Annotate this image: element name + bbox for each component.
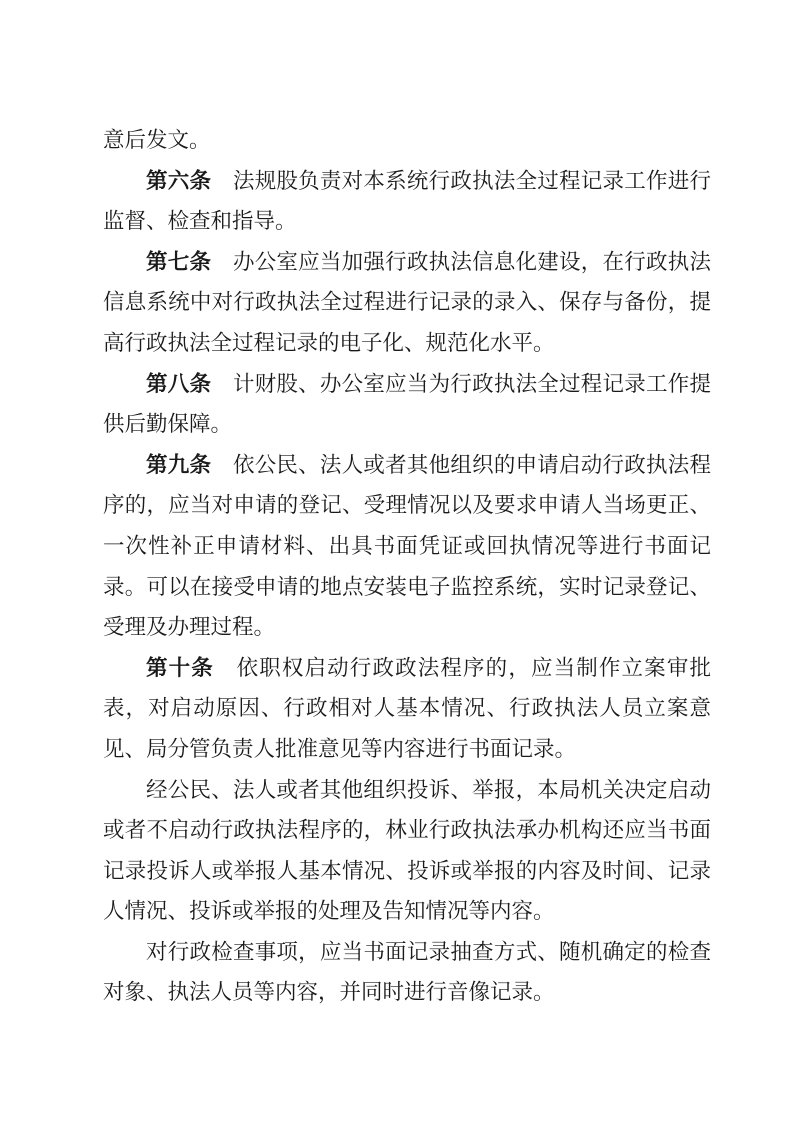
paragraph-text: 经公民、法人或者其他组织投诉、举报，本局机关决定启动或者不启动行政执法程序的，林… [103, 778, 711, 924]
article-6-head: 第六条 [146, 169, 211, 193]
article-10-head: 第十条 [146, 656, 214, 680]
paragraph-continuation: 意后发文。 [103, 120, 711, 161]
article-9-head: 第九条 [146, 453, 211, 477]
paragraph-article-7: 第七条 办公室应当加强行政执法信息化建设，在行政执法信息系统中对行政执法全过程进… [103, 242, 711, 364]
document-content: 意后发文。 第六条 法规股负责对本系统行政执法全过程记录工作进行监督、检查和指导… [103, 120, 711, 1013]
paragraph-article-8: 第八条 计财股、办公室应当为行政执法全过程记录工作提供后勤保障。 [103, 364, 711, 445]
paragraph-complaints: 经公民、法人或者其他组织投诉、举报，本局机关决定启动或者不启动行政执法程序的，林… [103, 770, 711, 932]
paragraph-text: 意后发文。 [103, 128, 211, 152]
paragraph-text: 对行政检查事项，应当书面记录抽查方式、随机确定的检查对象、执法人员等内容，并同时… [103, 940, 711, 1005]
article-8-head: 第八条 [146, 372, 211, 396]
paragraph-article-6: 第六条 法规股负责对本系统行政执法全过程记录工作进行监督、检查和指导。 [103, 161, 711, 242]
paragraph-text: 依公民、法人或者其他组织的申请启动行政执法程序的，应当对申请的登记、受理情况以及… [103, 453, 711, 639]
paragraph-article-10: 第十条 依职权启动行政政法程序的，应当制作立案审批表，对启动原因、行政相对人基本… [103, 648, 711, 770]
article-7-head: 第七条 [146, 250, 211, 274]
paragraph-article-9: 第九条 依公民、法人或者其他组织的申请启动行政执法程序的，应当对申请的登记、受理… [103, 445, 711, 648]
document-page: 意后发文。 第六条 法规股负责对本系统行政执法全过程记录工作进行监督、检查和指导… [0, 0, 793, 1122]
paragraph-inspection: 对行政检查事项，应当书面记录抽查方式、随机确定的检查对象、执法人员等内容，并同时… [103, 932, 711, 1013]
